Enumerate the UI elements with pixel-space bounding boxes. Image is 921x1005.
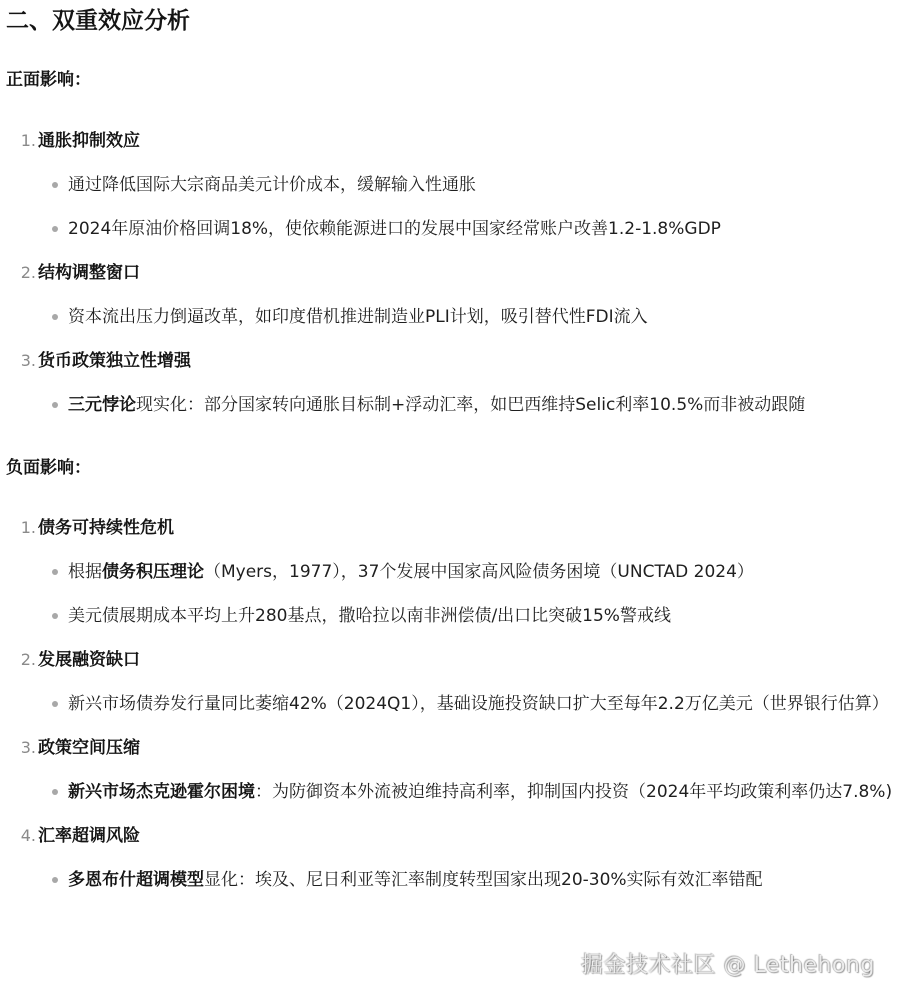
list-item: 新兴市场杰克逊霍尔困境：为防御资本外流被迫维持高利率，抑制国内投资（2024年平… bbox=[6, 777, 921, 807]
bullet-dot-icon bbox=[52, 226, 58, 232]
positive-list: 1. 通胀抑制效应 通过降低国际大宗商品美元计价成本，缓解输入性通胀 2024年… bbox=[6, 126, 921, 420]
item-title: 债务可持续性危机 bbox=[38, 513, 174, 543]
negative-item-4: 4. 汇率超调风险 多恩布什超调模型显化：埃及、尼日利亚等汇率制度转型国家出现2… bbox=[6, 821, 921, 895]
watermark: 掘金技术社区 @ Lethehong bbox=[581, 948, 875, 979]
bullet-dot-icon bbox=[52, 402, 58, 408]
bullet-text: 现实化：部分国家转向通胀目标制+浮动汇率，如巴西维持Selic利率10.5%而非… bbox=[136, 395, 805, 415]
bullet-dot-icon bbox=[52, 569, 58, 575]
bullet-bold-term: 债务积压理论 bbox=[102, 562, 204, 582]
list-number: 4. bbox=[6, 821, 38, 851]
bullet-dot-icon bbox=[52, 613, 58, 619]
item-title: 通胀抑制效应 bbox=[38, 126, 140, 156]
list-number: 1. bbox=[6, 513, 38, 543]
positive-item-1: 1. 通胀抑制效应 通过降低国际大宗商品美元计价成本，缓解输入性通胀 2024年… bbox=[6, 126, 921, 244]
bullet-dot-icon bbox=[52, 789, 58, 795]
negative-heading: 负面影响： bbox=[6, 454, 921, 482]
list-item: 新兴市场债券发行量同比萎缩42%（2024Q1），基础设施投资缺口扩大至每年2.… bbox=[6, 689, 921, 719]
list-number: 1. bbox=[6, 126, 38, 156]
bullet-bold-term: 新兴市场杰克逊霍尔困境 bbox=[68, 782, 255, 802]
list-item: 2024年原油价格回调18%，使依赖能源进口的发展中国家经常账户改善1.2-1.… bbox=[6, 214, 921, 244]
list-item: 美元债展期成本平均上升280基点，撒哈拉以南非洲偿债/出口比突破15%警戒线 bbox=[6, 601, 921, 631]
list-item: 根据债务积压理论（Myers，1977），37个发展中国家高风险债务困境（UNC… bbox=[6, 557, 921, 587]
bullet-text: 美元债展期成本平均上升280基点，撒哈拉以南非洲偿债/出口比突破15%警戒线 bbox=[68, 606, 671, 626]
bullet-text: 新兴市场债券发行量同比萎缩42%（2024Q1），基础设施投资缺口扩大至每年2.… bbox=[68, 694, 889, 714]
positive-item-2: 2. 结构调整窗口 资本流出压力倒逼改革，如印度借机推进制造业PLI计划，吸引替… bbox=[6, 258, 921, 332]
bullet-text: 2024年原油价格回调18%，使依赖能源进口的发展中国家经常账户改善1.2-1.… bbox=[68, 219, 721, 239]
item-title: 发展融资缺口 bbox=[38, 645, 140, 675]
bullet-dot-icon bbox=[52, 877, 58, 883]
bullet-dot-icon bbox=[52, 314, 58, 320]
bullet-dot-icon bbox=[52, 701, 58, 707]
list-number: 2. bbox=[6, 645, 38, 675]
bullet-text: 显化：埃及、尼日利亚等汇率制度转型国家出现20-30%实际有效汇率错配 bbox=[204, 870, 763, 890]
item-title: 货币政策独立性增强 bbox=[38, 346, 191, 376]
list-item: 三元悖论现实化：部分国家转向通胀目标制+浮动汇率，如巴西维持Selic利率10.… bbox=[6, 390, 921, 420]
item-title: 汇率超调风险 bbox=[38, 821, 140, 851]
positive-heading: 正面影响： bbox=[6, 66, 921, 94]
list-item: 多恩布什超调模型显化：埃及、尼日利亚等汇率制度转型国家出现20-30%实际有效汇… bbox=[6, 865, 921, 895]
bullet-text: （Myers，1977），37个发展中国家高风险债务困境（UNCTAD 2024… bbox=[204, 562, 754, 582]
bullet-text: ：为防御资本外流被迫维持高利率，抑制国内投资（2024年平均政策利率仍达7.8%… bbox=[255, 782, 892, 802]
list-number: 3. bbox=[6, 346, 38, 376]
negative-item-3: 3. 政策空间压缩 新兴市场杰克逊霍尔困境：为防御资本外流被迫维持高利率，抑制国… bbox=[6, 733, 921, 807]
bullet-text: 资本流出压力倒逼改革，如印度借机推进制造业PLI计划，吸引替代性FDI流入 bbox=[68, 307, 648, 327]
negative-item-2: 2. 发展融资缺口 新兴市场债券发行量同比萎缩42%（2024Q1），基础设施投… bbox=[6, 645, 921, 719]
document: 二、双重效应分析 正面影响： 1. 通胀抑制效应 通过降低国际大宗商品美元计价成… bbox=[0, 0, 921, 895]
negative-list: 1. 债务可持续性危机 根据债务积压理论（Myers，1977），37个发展中国… bbox=[6, 513, 921, 895]
item-title: 政策空间压缩 bbox=[38, 733, 140, 763]
list-number: 2. bbox=[6, 258, 38, 288]
list-item: 通过降低国际大宗商品美元计价成本，缓解输入性通胀 bbox=[6, 170, 921, 200]
item-title: 结构调整窗口 bbox=[38, 258, 140, 288]
list-number: 3. bbox=[6, 733, 38, 763]
list-item: 资本流出压力倒逼改革，如印度借机推进制造业PLI计划，吸引替代性FDI流入 bbox=[6, 302, 921, 332]
positive-item-3: 3. 货币政策独立性增强 三元悖论现实化：部分国家转向通胀目标制+浮动汇率，如巴… bbox=[6, 346, 921, 420]
bullet-prefix: 根据 bbox=[68, 562, 102, 582]
bullet-dot-icon bbox=[52, 182, 58, 188]
bullet-bold-term: 三元悖论 bbox=[68, 395, 136, 415]
section-title: 二、双重效应分析 bbox=[6, 0, 921, 39]
bullet-text: 通过降低国际大宗商品美元计价成本，缓解输入性通胀 bbox=[68, 175, 476, 195]
bullet-bold-term: 多恩布什超调模型 bbox=[68, 870, 204, 890]
negative-item-1: 1. 债务可持续性危机 根据债务积压理论（Myers，1977），37个发展中国… bbox=[6, 513, 921, 631]
